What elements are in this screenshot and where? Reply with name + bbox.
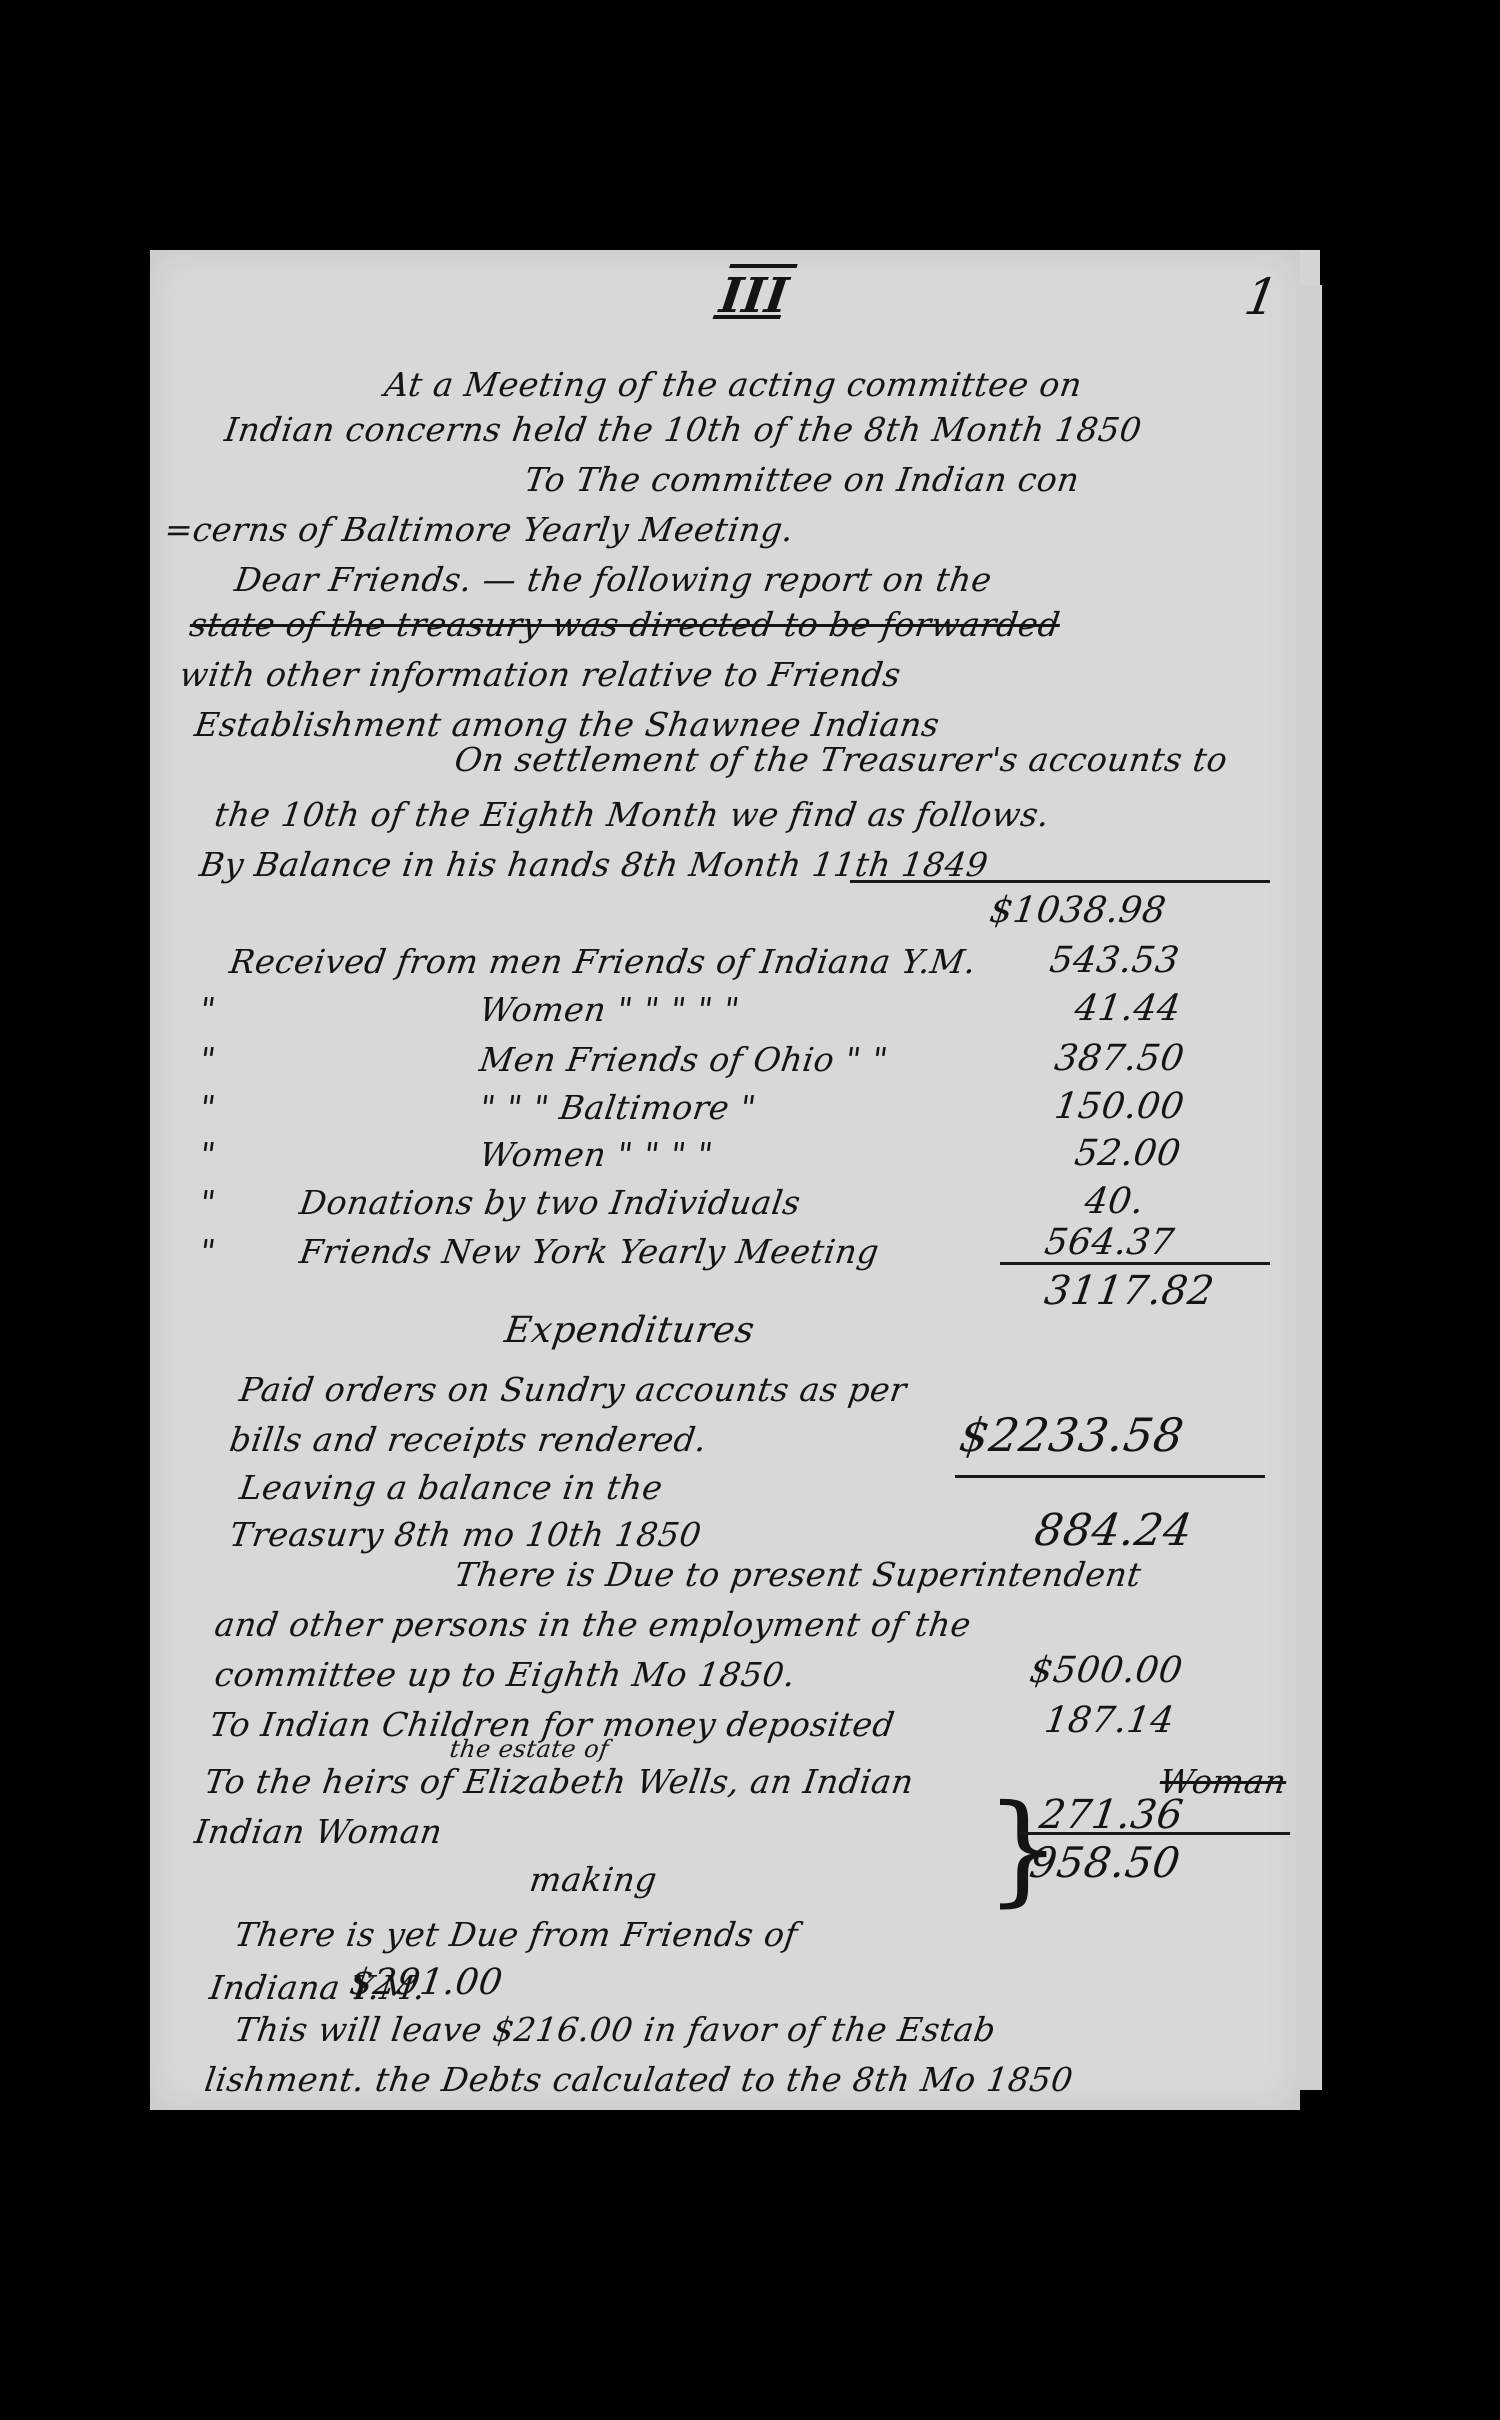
closing-line-1: This will leave $216.00 in favor of the … [232, 2010, 998, 2049]
text-line-7: with other information relative to Frien… [177, 655, 903, 694]
receipt-label-3: " " " Baltimore " [477, 1088, 758, 1127]
underlying-sheet-edge [1300, 285, 1322, 2090]
leaving-line-2: Treasury 8th mo 10th 1850 [227, 1515, 704, 1554]
due-insert: the estate of [448, 1735, 611, 1763]
salutation: Dear Friends. — the following report on … [232, 560, 994, 599]
expenditures-amount: $2233.58 [956, 1408, 1187, 1462]
receipt-amount-4: 52.00 [1072, 1133, 1183, 1174]
text-line-3: To The committee on Indian con [522, 460, 1082, 499]
due-line-6: Indian Woman [192, 1812, 445, 1851]
balance-rule [955, 1475, 1265, 1478]
receipt-label-6: Friends New York Yearly Meeting [297, 1232, 881, 1271]
opening-balance: $1038.98 [987, 890, 1169, 931]
due-line-2: and other persons in the employment of t… [212, 1605, 973, 1644]
receipt-label-2: Men Friends of Ohio " " [477, 1040, 890, 1079]
exp-line-2: bills and receipts rendered. [227, 1420, 709, 1459]
text-line-8: Establishment among the Shawnee Indians [192, 705, 942, 744]
making-rule [1020, 1832, 1290, 1835]
receipt-amount-3: 150.00 [1052, 1086, 1187, 1127]
text-line-9: On settlement of the Treasurer's account… [452, 740, 1230, 779]
due-amount-1: $500.00 [1027, 1650, 1185, 1691]
making-label: making [527, 1860, 659, 1899]
receipt-amount-0: 543.53 [1047, 940, 1182, 981]
balance-amount: 884.24 [1031, 1505, 1195, 1556]
text-line-6-struck: state of the treasury was directed to be… [187, 605, 1062, 644]
due-amount-2: 187.14 [1042, 1700, 1177, 1741]
due-line-3: committee up to Eighth Mo 1850. [212, 1655, 798, 1694]
receipt-label-0: Received from men Friends of Indiana Y.M… [227, 942, 978, 981]
due-line-1: There is Due to present Superintendent [452, 1555, 1144, 1594]
closing-line-2: lishment. the Debts calculated to the 8t… [202, 2060, 1075, 2099]
receipts-total: 3117.82 [1042, 1268, 1217, 1314]
yet-due-line-1: There is yet Due from Friends of [232, 1915, 800, 1954]
receipt-label-4: Women " " " " [477, 1135, 715, 1174]
leaving-line-1: Leaving a balance in the [237, 1468, 665, 1507]
exp-line-1: Paid orders on Sundry accounts as per [237, 1370, 909, 1409]
receipt-amount-6: 564.37 [1042, 1222, 1177, 1263]
receipt-amount-2: 387.50 [1052, 1038, 1187, 1079]
receipt-label-1: Women " " " " " [477, 990, 742, 1029]
text-line-10: the 10th of the Eighth Month we find as … [212, 795, 1052, 834]
yet-due-amount: $291.00 [347, 1962, 505, 2003]
total-rule [1000, 1262, 1270, 1265]
receipt-amount-1: 41.44 [1072, 988, 1183, 1029]
text-line-4: =cerns of Baltimore Yearly Meeting. [162, 510, 796, 549]
divider-rule [850, 880, 1270, 883]
text-line-11: By Balance in his hands 8th Month 11th 1… [197, 845, 990, 884]
text-line-2: Indian concerns held the 10th of the 8th… [222, 410, 1144, 449]
text-line-1: At a Meeting of the acting committee on [382, 365, 1084, 404]
receipt-label-5: Donations by two Individuals [297, 1183, 803, 1222]
expenditures-heading: Expenditures [502, 1310, 757, 1351]
receipt-amount-5: 40. [1082, 1181, 1147, 1222]
due-line-5: To the heirs of Elizabeth Wells, an Indi… [202, 1762, 916, 1801]
making-total: 958.50 [1027, 1838, 1184, 1887]
